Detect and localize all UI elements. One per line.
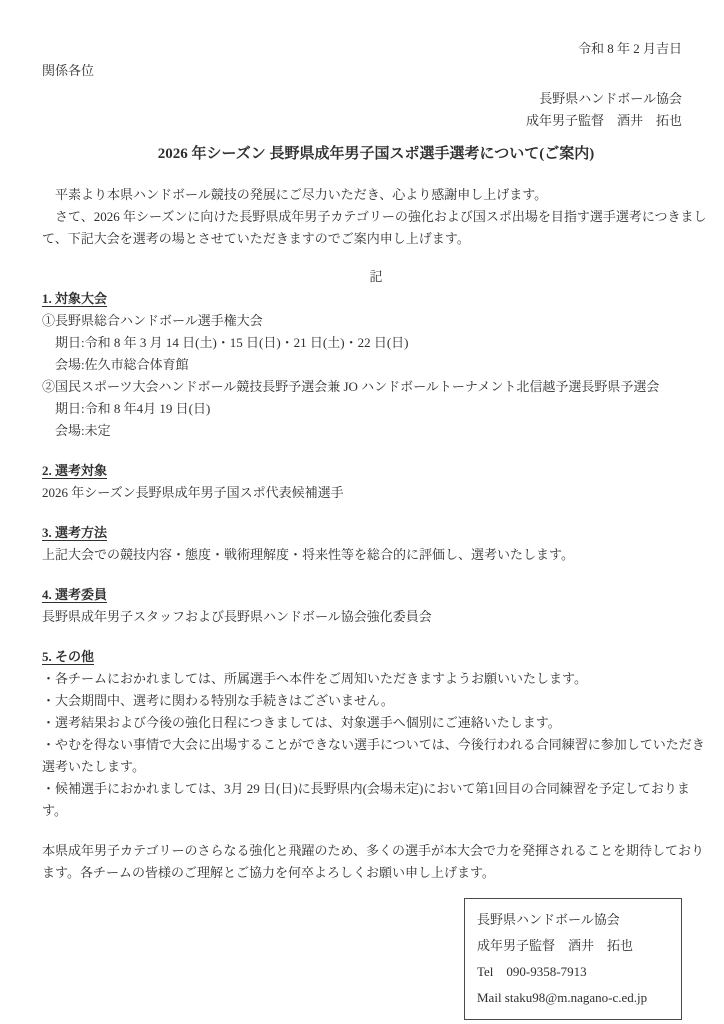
contact-organization: 長野県ハンドボール協会 — [477, 907, 669, 933]
section-heading: 3. 選考方法 — [42, 522, 710, 544]
sender-person: 成年男子監督 酒井 拓也 — [42, 110, 682, 132]
section-selection-method: 3. 選考方法 上記大会での競技内容・態度・戦術理解度・将来性等を総合的に評価し… — [42, 522, 710, 566]
section-line: ・やむを得ない事情で大会に出場することができない選手については、今後行われる合同… — [42, 734, 710, 778]
intro-paragraph: 平素より本県ハンドボール競技の発展にご尽力いただき、心より感謝申し上げます。 — [42, 184, 710, 206]
section-line: ②国民スポーツ大会ハンドボール競技長野予選会兼 JO ハンドボールトーナメント北… — [42, 376, 710, 398]
section-line: 期日:令和 8 年4月 19 日(日) — [42, 398, 710, 420]
issue-date: 令和 8 年 2 月吉日 — [42, 38, 682, 60]
section-line: ・各チームにおかれましては、所属選手へ本件をご周知いただきますようお願いいたしま… — [42, 668, 710, 690]
sender-organization: 長野県ハンドボール協会 — [42, 88, 682, 110]
section-line: 長野県成年男子スタッフおよび長野県ハンドボール協会強化委員会 — [42, 606, 710, 628]
section-heading: 2. 選考対象 — [42, 460, 710, 482]
section-other-notes: 5. その他 ・各チームにおかれましては、所属選手へ本件をご周知いただきますよう… — [42, 646, 710, 822]
section-line: 期日:令和 8 年 3 月 14 日(土)・15 日(日)・21 日(土)・22… — [42, 332, 710, 354]
section-line: ・選考結果および今後の強化日程につきましては、対象選手へ個別にご連絡いたします。 — [42, 712, 710, 734]
contact-tel: Tel 090-9358-7913 — [477, 959, 669, 985]
section-line: ①長野県総合ハンドボール選手権大会 — [42, 310, 710, 332]
section-heading: 1. 対象大会 — [42, 288, 710, 310]
document-page: 令和 8 年 2 月吉日 関係各位 長野県ハンドボール協会 成年男子監督 酒井 … — [0, 0, 724, 1024]
section-line: 会場:未定 — [42, 420, 710, 442]
contact-person: 成年男子監督 酒井 拓也 — [477, 933, 669, 959]
section-target-tournaments: 1. 対象大会 ①長野県総合ハンドボール選手権大会 期日:令和 8 年 3 月 … — [42, 288, 710, 442]
recipient: 関係各位 — [42, 60, 710, 82]
section-heading: 4. 選考委員 — [42, 584, 710, 606]
section-selection-target: 2. 選考対象 2026 年シーズン長野県成年男子国スポ代表候補選手 — [42, 460, 710, 504]
section-line: ・候補選手におかれましては、3月 29 日(日)に長野県内(会場未定)において第… — [42, 778, 710, 822]
section-heading: 5. その他 — [42, 646, 710, 668]
contact-mail: Mail staku98@m.nagano-c.ed.jp — [477, 985, 669, 1011]
intro-paragraph: さて、2026 年シーズンに向けた長野県成年男子カテゴリーの強化および国スポ出場… — [42, 206, 710, 250]
contact-box: 長野県ハンドボール協会 成年男子監督 酒井 拓也 Tel 090-9358-79… — [464, 898, 682, 1020]
intro-paragraphs: 平素より本県ハンドボール競技の発展にご尽力いただき、心より感謝申し上げます。 さ… — [42, 184, 710, 250]
closing-paragraph: 本県成年男子カテゴリーのさらなる強化と飛躍のため、多くの選手が本大会で力を発揮さ… — [42, 840, 710, 884]
section-line: ・大会期間中、選考に関わる特別な手続きはございません。 — [42, 690, 710, 712]
sender-block: 長野県ハンドボール協会 成年男子監督 酒井 拓也 — [42, 88, 710, 132]
record-marker: 記 — [42, 266, 710, 288]
section-line: 上記大会での競技内容・態度・戦術理解度・将来性等を総合的に評価し、選考いたします… — [42, 544, 710, 566]
document-title: 2026 年シーズン 長野県成年男子国スポ選手選考について(ご案内) — [42, 142, 710, 166]
section-line: 会場:佐久市総合体育館 — [42, 354, 710, 376]
section-line: 2026 年シーズン長野県成年男子国スポ代表候補選手 — [42, 482, 710, 504]
section-selection-committee: 4. 選考委員 長野県成年男子スタッフおよび長野県ハンドボール協会強化委員会 — [42, 584, 710, 628]
